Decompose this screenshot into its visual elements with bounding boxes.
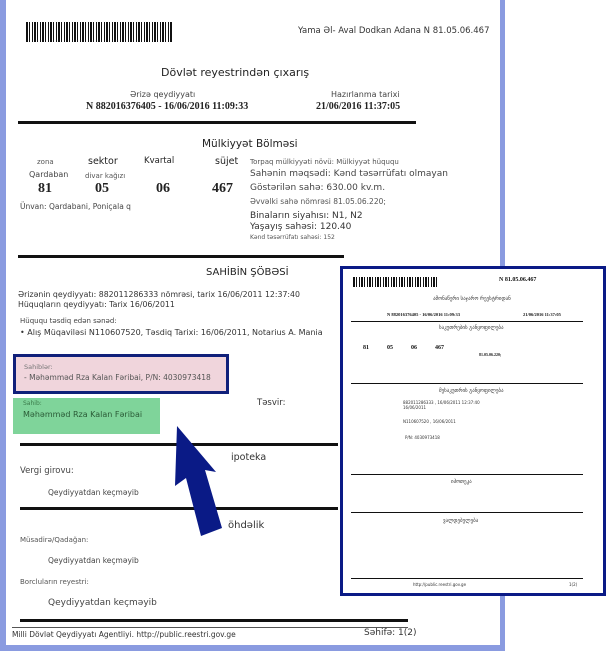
arrow-up-annotation-icon	[0, 0, 608, 654]
